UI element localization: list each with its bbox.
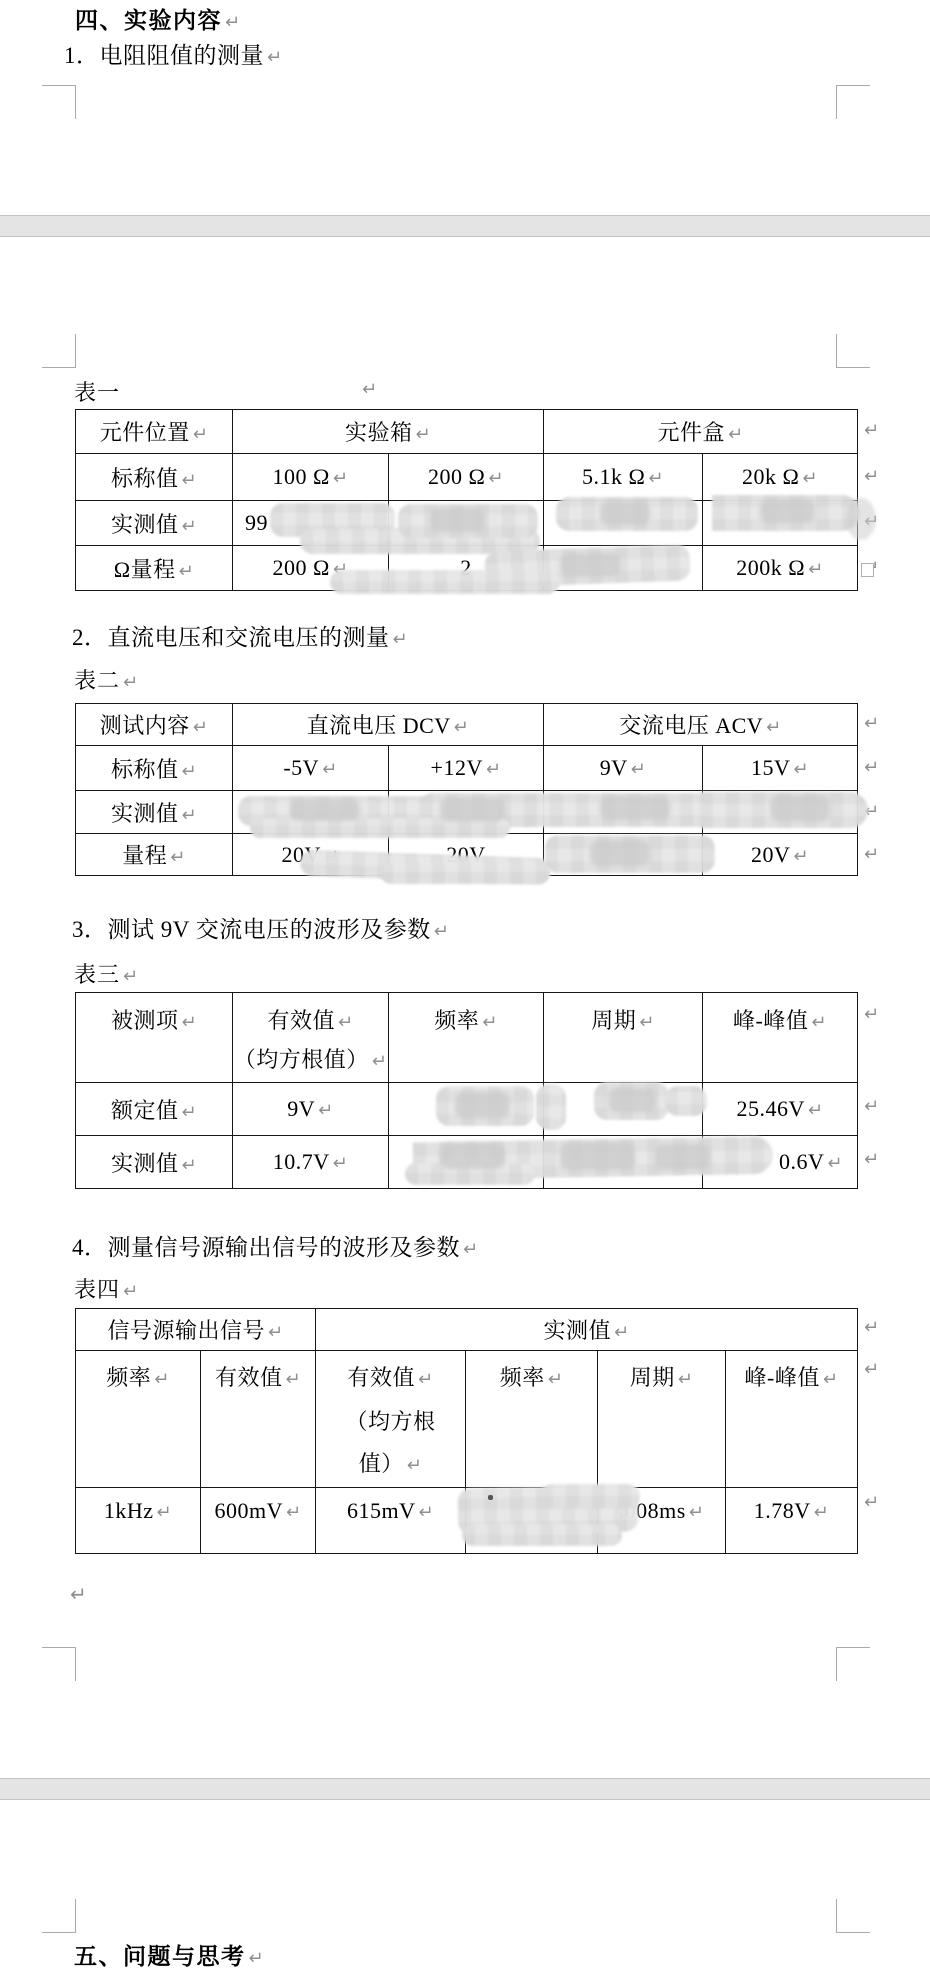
redaction-smudge: [462, 1524, 622, 1546]
t4-sub-rms: 有效值↵ （均方根 值）↵: [316, 1351, 466, 1488]
paragraph-mark: ↵: [123, 672, 139, 693]
paragraph-mark: ↵: [393, 629, 409, 650]
t3-header-freq: 频率↵: [389, 993, 544, 1083]
t2-range-label: 量程↵: [76, 834, 233, 876]
t3-header-rms: 有效值↵ （均方根值）↵: [233, 993, 389, 1083]
t4-data-rms-src: 600mV↵: [201, 1488, 316, 1554]
table-row: 标称值↵ -5V↵ +12V↵ 9V↵ 15V↵: [76, 746, 858, 791]
margin-corner-mark: [836, 1899, 870, 1933]
table-2-caption: 表二↵: [74, 664, 139, 695]
t4-data-rms: 615mV↵: [316, 1488, 466, 1554]
row-end-mark: ↵: [864, 1359, 879, 1380]
document-page: 四、实验内容↵ 1．电阻阻值的测量↵ 表一 ↵ 元件位置↵ 实验箱↵ 元件盒↵ …: [0, 0, 930, 1970]
t1-nominal-3: 5.1k Ω↵: [544, 454, 703, 501]
t2-nominal-3: 9V↵: [544, 746, 703, 791]
table-row: 频率↵ 有效值↵ 有效值↵ （均方根 值）↵ 频率↵ 周期↵ 峰-峰值↵: [76, 1351, 858, 1488]
paragraph-mark: ↵: [434, 921, 450, 942]
redaction-smudge: [430, 508, 485, 532]
redaction-smudge: [590, 840, 650, 866]
t2-header-content: 测试内容↵: [76, 704, 233, 746]
table-2-caption-text: 表二: [74, 668, 120, 693]
table-3-caption: 表三↵: [74, 958, 139, 989]
redaction-smudge: [440, 798, 505, 822]
item-3-heading: 3．测试 9V 交流电压的波形及参数↵: [72, 911, 449, 944]
table-2: 测试内容↵ 直流电压 DCV↵ 交流电压 ACV↵ 标称值↵ -5V↵ +12V…: [75, 703, 858, 876]
margin-corner-mark: [836, 85, 870, 119]
table-row: 信号源输出信号↵ 实测值↵: [76, 1309, 858, 1351]
section-4-heading: 四、实验内容↵: [75, 2, 242, 35]
redaction-smudge: [440, 1143, 505, 1169]
redaction-smudge: [655, 1144, 710, 1170]
t1-nominal-1: 100 Ω↵: [233, 454, 389, 501]
t2-measured-label: 实测值↵: [76, 791, 233, 834]
t2-nominal-1: -5V↵: [233, 746, 389, 791]
t1-range-label: Ω量程↵: [76, 546, 233, 591]
t3-rated-label: 额定值↵: [76, 1083, 233, 1136]
section-4-title: 四、实验内容: [75, 8, 222, 33]
margin-corner-mark: [42, 1899, 76, 1933]
t2-nominal-label: 标称值↵: [76, 746, 233, 791]
row-end-mark: ↵: [864, 713, 879, 734]
t1-measured-label: 实测值↵: [76, 501, 233, 546]
t2-nominal-4: 15V↵: [703, 746, 858, 791]
redaction-smudge: [455, 1092, 510, 1118]
row-end-mark: ↵: [864, 1317, 879, 1338]
t2-nominal-2: +12V↵: [389, 746, 544, 791]
paragraph-mark: ↵: [249, 1948, 266, 1969]
t1-header-expbox: 实验箱↵: [233, 410, 544, 454]
paragraph-mark: ↵: [123, 1281, 139, 1302]
t1-nominal-4: 20k Ω↵: [703, 454, 858, 501]
margin-corner-mark: [42, 334, 76, 368]
t1-header-position: 元件位置↵: [76, 410, 233, 454]
redaction-smudge: [560, 553, 620, 577]
redaction-smudge: [665, 1086, 707, 1116]
ink-dot: [488, 1495, 493, 1500]
table-1-caption: 表一: [74, 376, 120, 407]
redaction-smudge: [290, 799, 360, 821]
t3-measured-label: 实测值↵: [76, 1136, 233, 1189]
table-1-caption-text: 表一: [74, 380, 120, 405]
t4-header-measured: 实测值↵: [316, 1309, 858, 1351]
t2-header-dcv: 直流电压 DCV↵: [233, 704, 544, 746]
margin-corner-mark: [836, 334, 870, 368]
item-4-text: 4．测量信号源输出信号的波形及参数: [72, 1235, 460, 1260]
t4-data-freq-src: 1kHz↵: [76, 1488, 201, 1554]
table-row: 被测项↵ 有效值↵ （均方根值）↵ 频率↵ 周期↵ 峰-峰值↵: [76, 993, 858, 1083]
redaction-smudge: [330, 570, 560, 594]
redaction-smudge: [560, 1142, 635, 1170]
redaction-smudge: [760, 499, 815, 523]
t3-rated-pkpk: 25.46V↵: [703, 1083, 858, 1136]
item-2-text: 2．直流电压和交流电压的测量: [72, 625, 390, 650]
paragraph-mark: ↵: [463, 1239, 479, 1260]
trailing-paragraph-mark: ↵: [70, 1582, 87, 1606]
item-1-heading: 1．电阻阻值的测量↵: [64, 37, 283, 70]
table-4-caption-text: 表四: [74, 1277, 120, 1302]
item-4-heading: 4．测量信号源输出信号的波形及参数↵: [72, 1229, 479, 1262]
t3-measured-rms: 10.7V↵: [233, 1136, 389, 1189]
row-end-mark: ↵: [864, 757, 879, 778]
redaction-smudge: [770, 795, 830, 821]
page-break-band: [0, 1778, 930, 1800]
row-end-mark: ↵: [864, 1004, 879, 1025]
paragraph-mark: ↵: [267, 47, 283, 68]
t3-rated-rms: 9V↵: [233, 1083, 389, 1136]
t3-header-period: 周期↵: [544, 993, 703, 1083]
redaction-smudge: [600, 796, 670, 820]
t1-header-compbox: 元件盒↵: [544, 410, 858, 454]
t3-header-item: 被测项↵: [76, 993, 233, 1083]
row-end-mark: ↵: [864, 1492, 879, 1513]
redaction-smudge: [380, 862, 550, 884]
redaction-smudge: [608, 1088, 656, 1112]
paragraph-mark: ↵: [123, 966, 139, 987]
redaction-smudge: [536, 1084, 566, 1130]
page-break-band: [0, 215, 930, 237]
table-row: 测试内容↵ 直流电压 DCV↵ 交流电压 ACV↵: [76, 704, 858, 746]
table-2-grid: 测试内容↵ 直流电压 DCV↵ 交流电压 ACV↵ 标称值↵ -5V↵ +12V…: [75, 703, 858, 876]
table-anchor-square: [861, 563, 874, 577]
t4-sub-freq-src: 频率↵: [76, 1351, 201, 1488]
table-4-caption: 表四↵: [74, 1273, 139, 1304]
section-5-title: 五、问题与思考: [74, 1944, 246, 1969]
t4-sub-freq: 频率↵: [466, 1351, 598, 1488]
section-5-heading: 五、问题与思考↵: [74, 1938, 265, 1970]
paragraph-mark: ↵: [225, 12, 242, 33]
t4-data-pkpk: 1.78V↵: [726, 1488, 858, 1554]
t1-nominal-2: 200 Ω↵: [389, 454, 544, 501]
margin-corner-mark: [836, 1647, 870, 1681]
redaction-smudge: [600, 501, 650, 525]
t1-range-4: 200k Ω↵: [703, 546, 858, 591]
row-end-mark: ↵: [864, 1149, 879, 1170]
item-1-text: 1．电阻阻值的测量: [64, 43, 264, 68]
redaction-smudge: [846, 498, 876, 540]
margin-corner-mark: [42, 1647, 76, 1681]
table-row: 元件位置↵ 实验箱↵ 元件盒↵: [76, 410, 858, 454]
row-end-mark: ↵: [864, 420, 879, 441]
t3-header-pkpk: 峰-峰值↵: [703, 993, 858, 1083]
row-end-mark: ↵: [864, 466, 879, 487]
t4-sub-pkpk: 峰-峰值↵: [726, 1351, 858, 1488]
redaction-smudge: [540, 1484, 640, 1508]
t2-range-4: 20V↵: [703, 834, 858, 876]
paragraph-mark: ↵: [362, 379, 377, 400]
margin-corner-mark: [42, 85, 76, 119]
item-2-heading: 2．直流电压和交流电压的测量↵: [72, 619, 408, 652]
row-end-mark: ↵: [864, 844, 879, 865]
t1-nominal-label: 标称值↵: [76, 454, 233, 501]
item-3-text: 3．测试 9V 交流电压的波形及参数: [72, 917, 431, 942]
t4-sub-rms-src: 有效值↵: [201, 1351, 316, 1488]
table-3-caption-text: 表三: [74, 962, 120, 987]
table-row: 标称值↵ 100 Ω↵ 200 Ω↵ 5.1k Ω↵ 20k Ω↵: [76, 454, 858, 501]
row-end-mark: ↵: [864, 1096, 879, 1117]
t2-header-acv: 交流电压 ACV↵: [544, 704, 858, 746]
t4-sub-period: 周期↵: [598, 1351, 726, 1488]
t4-header-source: 信号源输出信号↵: [76, 1309, 316, 1351]
